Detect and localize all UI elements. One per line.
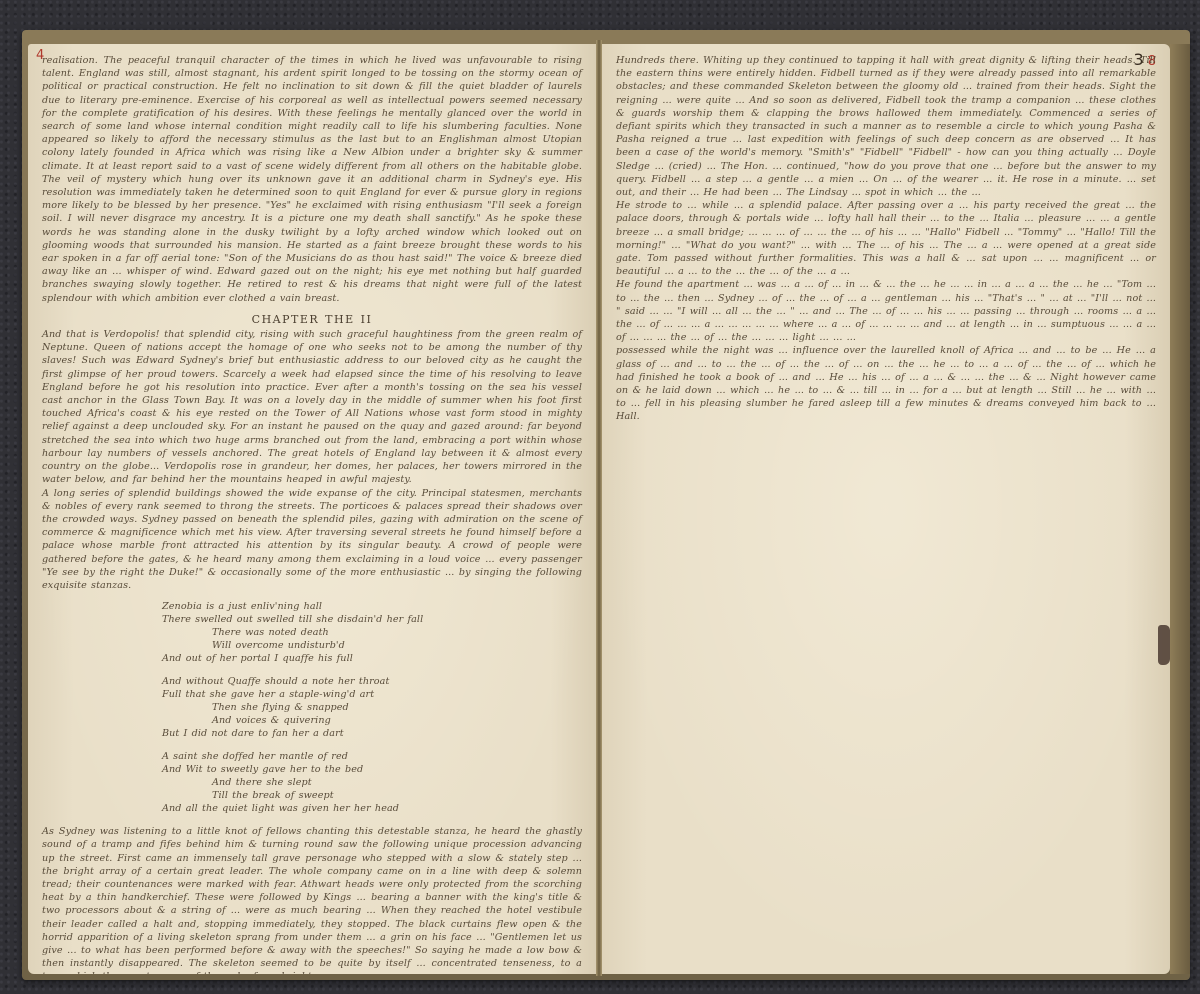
poem-stanza: Zenobia is a just enliv'ning hall There … bbox=[162, 600, 582, 665]
poem-line: And there she slept bbox=[162, 776, 582, 789]
poem-line: Zenobia is a just enliv'ning hall bbox=[162, 600, 582, 613]
open-notebook: 4 realisation. The peaceful tranquil cha… bbox=[22, 30, 1190, 980]
left-page-text: realisation. The peaceful tranquil chara… bbox=[42, 54, 582, 964]
body-paragraph: He strode to ... while ... a splendid pa… bbox=[616, 199, 1156, 278]
opening-paragraph: realisation. The peaceful tranquil chara… bbox=[42, 54, 582, 305]
poem-line: And out of her portal I quaffe his full bbox=[162, 652, 582, 665]
poem-line: And voices & quivering bbox=[162, 714, 582, 727]
right-page-text: Hundreds there. Whiting up they continue… bbox=[616, 54, 1156, 964]
poem-line: And without Quaffe should a note her thr… bbox=[162, 675, 582, 688]
left-page: 4 realisation. The peaceful tranquil cha… bbox=[28, 44, 596, 974]
body-paragraph: He found the apartment ... was ... a ...… bbox=[616, 278, 1156, 344]
poem-line: There swelled out swelled till she disda… bbox=[162, 613, 582, 626]
right-page: 38 Hundreds there. Whiting up they conti… bbox=[602, 44, 1170, 974]
chapter-paragraph: And that is Verdopolis! that splendid ci… bbox=[42, 328, 582, 486]
poem: Zenobia is a just enliv'ning hall There … bbox=[162, 600, 582, 815]
body-paragraph: Hundreds there. Whiting up they continue… bbox=[616, 54, 1156, 199]
poem-line: And all the quiet light was given her he… bbox=[162, 802, 582, 815]
continuation-paragraph: A long series of splendid buildings show… bbox=[42, 487, 582, 593]
poem-line: But I did not dare to fan her a dart bbox=[162, 727, 582, 740]
closing-paragraph: As Sydney was listening to a little knot… bbox=[42, 825, 582, 974]
poem-line: Till the break of sweept bbox=[162, 789, 582, 802]
poem-line: And Wit to sweetly gave her to the bed bbox=[162, 763, 582, 776]
ink-blot-mark bbox=[1158, 625, 1170, 665]
poem-line: Will overcome undisturb'd bbox=[162, 639, 582, 652]
poem-stanza: And without Quaffe should a note her thr… bbox=[162, 675, 582, 740]
back-cover-edge bbox=[1170, 44, 1190, 974]
poem-line: There was noted death bbox=[162, 626, 582, 639]
chapter-heading: CHAPTER THE II bbox=[42, 313, 582, 326]
poem-line: Then she flying & snapped bbox=[162, 701, 582, 714]
poem-line: Full that she gave her a staple-wing'd a… bbox=[162, 688, 582, 701]
poem-line: A saint she doffed her mantle of red bbox=[162, 750, 582, 763]
closing-paragraph: possessed while the night was ... influe… bbox=[616, 344, 1156, 423]
poem-stanza: A saint she doffed her mantle of red And… bbox=[162, 750, 582, 815]
